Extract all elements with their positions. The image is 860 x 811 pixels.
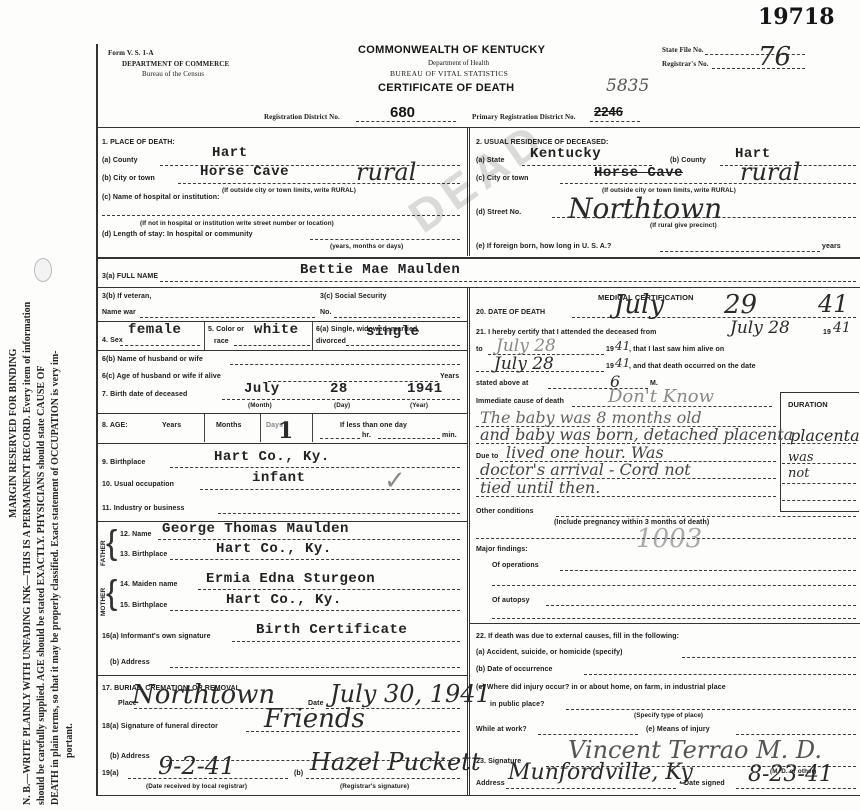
registrar-no-value: 76 [758, 42, 791, 72]
due-to-label: Due to [476, 453, 498, 460]
registrar-no-label: Registrar's No. [662, 60, 709, 68]
other-hand: 1003 [636, 524, 702, 554]
pod-county-label: (a) County [102, 157, 138, 164]
margin-instructions-2: should be carefully supplied. AGE should… [36, 366, 47, 805]
marital-label-2: divorced [316, 338, 346, 345]
mother-name-label: 14. Maiden name [120, 581, 178, 588]
pod-city-note: (If outside city or town limits, write R… [222, 187, 356, 194]
father-name-line [158, 539, 460, 540]
attended-to-hand: July 28 [496, 336, 556, 356]
age-label: 8. AGE: [102, 422, 128, 429]
pod-city-line [178, 183, 460, 184]
section-rule-2 [96, 257, 860, 259]
cause-hand-5: tied until then. [480, 478, 600, 497]
industry-label: 11. Industry or business [102, 505, 185, 512]
res-city-line [560, 183, 856, 184]
attended-from-yr-prefix: 19 [823, 329, 831, 336]
mother-name-line [198, 589, 460, 590]
place-of-death-heading: 1. PLACE OF DEATH: [102, 139, 175, 146]
father-birthplace-value: Hart Co., Ky. [216, 541, 332, 557]
father-birthplace-line [170, 559, 460, 560]
birthplace-label: 9. Birthplace [102, 459, 145, 466]
date-of-death-label: 20. DATE OF DEATH [476, 309, 545, 316]
spouse-name-line [230, 364, 460, 365]
commonwealth-title: COMMONWEALTH OF KENTUCKY [358, 44, 545, 56]
margin-instructions-4: portant. [64, 723, 75, 758]
last-saw-label: , that I last saw him alive on [629, 346, 724, 353]
sex-line [120, 345, 200, 346]
immediate-cause-label: Immediate cause of death [476, 398, 564, 405]
full-name-label: 3(a) FULL NAME [102, 273, 158, 280]
duration-hand-3: not [788, 466, 809, 481]
occurred-label: , and that death occurred on the date [629, 363, 756, 370]
sex-value: female [128, 322, 181, 338]
document-number: 19718 [758, 4, 835, 30]
father-birthplace-label: 13. Birthplace [120, 551, 167, 558]
registrar-caption: (Registrar's signature) [340, 783, 409, 790]
last-saw-yr-hand: 41 [615, 356, 630, 370]
received-label: 19(a) [102, 770, 119, 777]
pod-city-hand: rural [356, 158, 416, 186]
color-label-2: race [214, 338, 229, 345]
specify-note: (Specify type of place) [634, 712, 703, 719]
occupation-line [200, 489, 460, 490]
pod-city-label: (b) City or town [102, 175, 155, 182]
doctor-address-label: Address [476, 780, 505, 787]
received-hand: 9-2-41 [158, 752, 235, 780]
month-caption: (Month) [248, 402, 272, 409]
certificate-title: CERTIFICATE OF DEATH [378, 82, 514, 94]
operations-label: Of operations [492, 562, 539, 569]
pod-stay-line [310, 239, 460, 240]
margin-instructions-3: DEATH in plain terms, so that it may be … [50, 351, 61, 806]
res-foreign-unit: years [822, 243, 841, 250]
accident-label: (a) Accident, suicide, or homicide (spec… [476, 649, 623, 656]
ss-label: 3(c) Social Security [320, 293, 387, 300]
reg-district-value: 680 [390, 104, 415, 121]
ss-no-line [334, 317, 460, 318]
frame-left [96, 44, 98, 796]
autopsy-line [546, 605, 856, 606]
other-line-2 [476, 538, 856, 539]
spouse-age-label: 6(c) Age of husband or wife if alive [102, 373, 221, 380]
work-line [538, 734, 638, 735]
res-foreign-label: (e) If foreign born, how long in U. S. A… [476, 243, 611, 250]
certify-label: 21. I hereby certify that I attended the… [476, 329, 656, 336]
birth-month: July [244, 381, 280, 397]
accident-line [682, 657, 856, 658]
res-state-value: Kentucky [530, 146, 601, 162]
mother-name-value: Ermia Edna Sturgeon [206, 571, 375, 587]
registrar-hand: Hazel Puckett [310, 748, 480, 776]
reg-district-line [356, 121, 456, 122]
birth-date-line [222, 399, 460, 400]
cause-hand-2: and baby was born, detached placenta [480, 425, 793, 444]
reg-district-label: Registration District No. [264, 113, 340, 121]
to-label: to [476, 346, 483, 353]
operations-line [560, 570, 856, 571]
primary-reg-line [590, 121, 640, 122]
doctor-address-hand: Munfordville, Ky [508, 760, 693, 785]
duration-line-4 [782, 500, 856, 501]
punch-hole [34, 258, 52, 282]
margin-reserved: MARGIN RESERVED FOR BINDING [8, 349, 19, 518]
marital-value: single [366, 324, 419, 340]
res-city-struck: Horse Cave [594, 165, 683, 181]
informant-sig-line [232, 641, 460, 642]
mother-brace: { [106, 576, 117, 610]
color-line [234, 345, 310, 346]
full-name-line [160, 281, 856, 282]
major-findings-label: Major findings: [476, 546, 528, 553]
ss-no-label: No. [320, 309, 332, 316]
father-name-value: George Thomas Maulden [162, 521, 349, 537]
birthplace-value: Hart Co., Ky. [214, 449, 330, 465]
duration-hand-2: was [788, 450, 814, 465]
res-foreign-line [660, 251, 820, 252]
public-line [566, 709, 856, 710]
death-month-hand: July [614, 290, 664, 320]
primary-reg-value: 2246 [594, 104, 623, 119]
father-name-label: 12. Name [120, 531, 152, 538]
age-div-2 [260, 414, 261, 442]
to-yr-prefix: 19 [606, 346, 614, 353]
hr-label: hr. [362, 432, 371, 439]
director-label: 18(a) Signature of funeral director [102, 723, 218, 730]
rule-medical [469, 623, 860, 624]
res-city-hand: rural [740, 158, 800, 186]
primary-reg-handwritten: 5835 [606, 76, 649, 96]
industry-line [218, 513, 460, 514]
director-hand: Friends [264, 704, 365, 734]
means-label: (e) Means of injury [646, 726, 710, 733]
last-saw-line [476, 371, 604, 372]
date-signed-label: Date signed [684, 780, 725, 787]
age-days-value: 1 [278, 418, 293, 444]
rule-age [97, 443, 467, 444]
frame-bottom [96, 795, 860, 796]
sex-divider [204, 322, 205, 350]
day-caption: (Day) [334, 402, 350, 409]
death-day-hand: 29 [724, 290, 757, 320]
duration-label: DURATION [788, 400, 828, 409]
burial-place-hand: Northtown [132, 680, 275, 710]
immediate-hand: Don't Know [608, 386, 714, 407]
dept-health: Department of Health [428, 59, 489, 67]
section-divider-main [467, 288, 470, 796]
last-saw-yr-prefix: 19 [606, 363, 614, 370]
veteran-label: 3(b) If veteran, [102, 293, 151, 300]
mother-birthplace-line [170, 610, 460, 611]
birthplace-line [170, 467, 460, 468]
rule-sex [97, 350, 467, 351]
birth-date-label: 7. Birth date of deceased [102, 391, 187, 398]
autopsy-line-2 [492, 618, 856, 619]
mother-birthplace-label: 15. Birthplace [120, 602, 167, 609]
form-number: Form V. S. 1-A [108, 49, 154, 57]
attended-from-yr-hand: 41 [833, 320, 851, 336]
informant-address-line [170, 667, 460, 668]
res-street-label: (d) Street No. [476, 209, 521, 216]
full-name-value: Bettie Mae Maulden [300, 262, 460, 278]
informant-sig-value: Birth Certificate [256, 622, 407, 638]
color-label-1: 5. Color or [208, 326, 244, 333]
rule-informant [97, 675, 467, 676]
duration-hand-1: placenta [790, 426, 860, 445]
date-signed-hand: 8-23-41 [748, 762, 833, 787]
autopsy-label: Of autopsy [492, 597, 530, 604]
public-label: in public place? [490, 701, 545, 708]
operations-line-2 [492, 585, 856, 586]
death-year-hand: 41 [818, 290, 849, 318]
checkmark-icon: ✓ [384, 466, 406, 496]
hr-line [320, 438, 360, 439]
res-county-label: (b) County [670, 157, 706, 164]
res-street-note: (If rural give precinct) [650, 222, 717, 229]
state-file-label: State File No. [662, 46, 704, 54]
res-state-label: (a) State [476, 157, 505, 164]
bureau-vital: BUREAU OF VITAL STATISTICS [390, 69, 508, 78]
pod-stay-note: (years, months or days) [330, 243, 403, 250]
informant-address-label: (b) Address [110, 659, 150, 666]
stated-label: stated above at [476, 380, 528, 387]
age-div-1 [204, 414, 205, 442]
year-caption: (Year) [410, 402, 428, 409]
age-div-3 [312, 414, 313, 442]
means-line [736, 734, 856, 735]
occurrence-label: (b) Date of occurrence [476, 666, 553, 673]
min-label: min. [442, 432, 457, 439]
birth-day: 28 [330, 381, 348, 397]
pod-hospital-label: (c) Name of hospital or institution: [102, 194, 220, 201]
less-day-label: If less than one day [340, 422, 407, 429]
cause-hand-4: doctor's arrival - Cord not [480, 460, 691, 479]
dept-commerce: DEPARTMENT OF COMMERCE [122, 60, 229, 68]
name-war-label: Name war [102, 309, 136, 316]
birth-year: 1941 [407, 381, 443, 397]
section-divider-top [467, 128, 470, 256]
spouse-name-label: 6(b) Name of husband or wife [102, 356, 203, 363]
sex-label: 4. Sex [102, 337, 123, 344]
burial-address-label: (b) Address [110, 753, 150, 760]
age-months-label: Months [216, 422, 241, 429]
pod-county-value: Hart [212, 145, 248, 161]
work-label: While at work? [476, 726, 527, 733]
color-divider [312, 322, 313, 350]
to-yr-hand: 41 [615, 339, 630, 353]
date-signed-line [736, 788, 856, 789]
informant-sig-label: 16(a) Informant's own signature [102, 633, 211, 640]
other-line [556, 516, 856, 517]
spouse-age-unit: Years [440, 373, 459, 380]
where-label: (c) Where did injury occur? in or about … [476, 684, 726, 691]
duration-line-3 [782, 483, 856, 484]
margin-instructions-1: N. B.—WRITE PLAINLY WITH UNFADING INK—TH… [22, 302, 33, 805]
pod-stay-label: (d) Length of stay: In hospital or commu… [102, 231, 253, 238]
occupation-label: 10. Usual occupation [102, 481, 174, 488]
registrar-line [306, 778, 460, 779]
color-value: white [254, 322, 299, 338]
marital-line [346, 345, 460, 346]
mother-birthplace-value: Hart Co., Ky. [226, 592, 342, 608]
name-war-line [140, 317, 315, 318]
res-street-hand: Northtown [568, 192, 722, 225]
rule-after-name [96, 287, 860, 288]
bureau-census: Bureau of the Census [142, 70, 204, 78]
registrar-label: (b) [294, 770, 303, 777]
attended-from-hand: July 28 [730, 318, 790, 338]
pod-city-value: Horse Cave [200, 164, 289, 180]
father-brace: { [106, 526, 117, 560]
residence-heading: 2. USUAL RESIDENCE OF DECEASED: [476, 139, 609, 146]
external-heading: 22. If death was due to external causes,… [476, 633, 679, 640]
pod-hospital-note: (If not in hospital or institution write… [140, 220, 334, 227]
occupation-value: infant [252, 470, 305, 486]
occurrence-line [584, 674, 856, 675]
rule-birth [97, 413, 467, 414]
min-line [378, 438, 440, 439]
header-rule [96, 127, 860, 128]
pod-hospital-line [102, 215, 460, 216]
received-caption: (Date received by local registrar) [146, 783, 247, 790]
other-conditions-label: Other conditions [476, 508, 534, 515]
doctor-address-line [506, 788, 676, 789]
res-city-label: (c) City or town [476, 175, 529, 182]
age-years-label: Years [162, 422, 181, 429]
